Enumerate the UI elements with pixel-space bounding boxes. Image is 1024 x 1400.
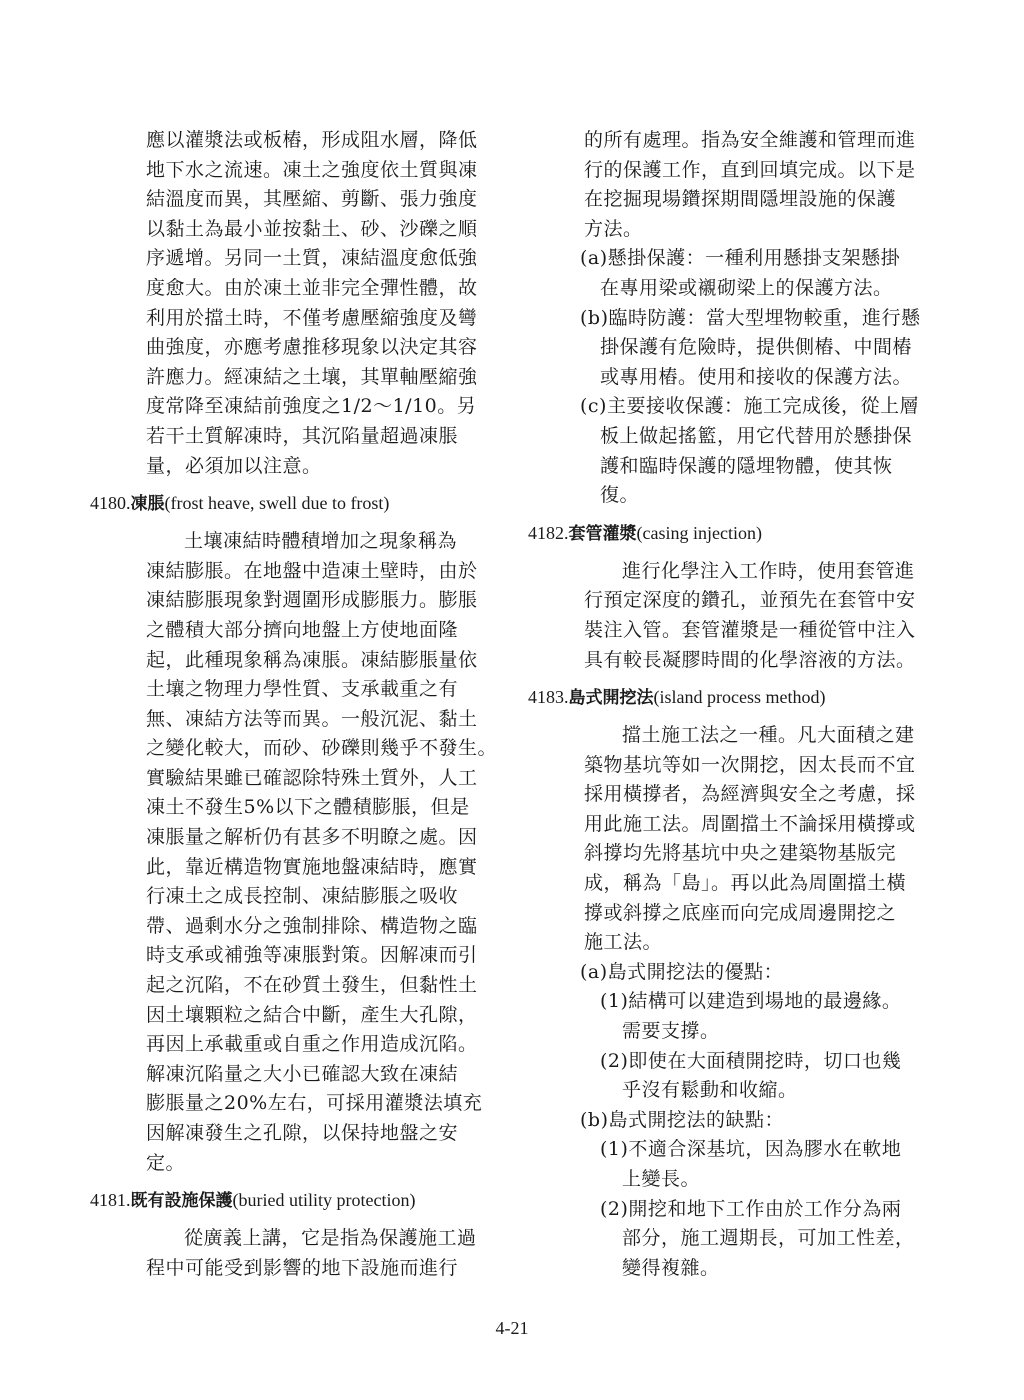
term-zh: 既有設施保護 bbox=[131, 1191, 233, 1211]
term-en: (island process method) bbox=[654, 687, 826, 707]
term-zh: 凍脹 bbox=[131, 494, 165, 514]
text-line: 行預定深度的鑽孔，並預先在套管中安 bbox=[584, 586, 948, 616]
entry-heading-4180: 4180.凍脹(frost heave, swell due to frost) bbox=[90, 489, 510, 519]
text-line: 凍土不發生5%以下之體積膨脹，但是 bbox=[146, 793, 510, 823]
text-line: 時支承或補強等凍脹對策。因解凍而引 bbox=[146, 941, 510, 971]
text-line: 掛保護有危險時，提供側樁、中間樁 bbox=[580, 333, 948, 363]
text-line: 定。 bbox=[146, 1149, 510, 1179]
text-line: 築物基坑等如一次開挖，因太長而不宜 bbox=[584, 751, 948, 781]
text-line: 成，稱為「島」。再以此為周圍擋土橫 bbox=[584, 869, 948, 899]
list-item: (c)主要接收保護：施工完成後，從上層 板上做起搖籃，用它代替用於懸掛保 護和臨… bbox=[580, 392, 948, 510]
text-line: 程中可能受到影響的地下設施而進行 bbox=[146, 1254, 510, 1284]
text-line: 此，靠近構造物實施地盤凍結時，應實 bbox=[146, 853, 510, 883]
protection-methods-list: (a)懸掛保護：一種利用懸掛支架懸掛 在專用梁或襯砌梁上的保護方法。 (b)臨時… bbox=[528, 244, 948, 510]
text-line: 進行化學注入工作時，使用套管進 bbox=[584, 557, 948, 587]
text-line: (1)結構可以建造到場地的最邊緣。 bbox=[600, 987, 948, 1017]
text-line: 從廣義上講，它是指為保護施工過 bbox=[146, 1224, 510, 1254]
text-line: 部分，施工週期長，可加工性差， bbox=[600, 1224, 948, 1254]
entry-body-4181: 從廣義上講，它是指為保護施工過 程中可能受到影響的地下設施而進行 bbox=[90, 1224, 510, 1283]
term-en: (frost heave, swell due to frost) bbox=[165, 493, 390, 513]
advantages-title: (a)島式開挖法的優點： bbox=[580, 958, 948, 988]
text-line: 土壤之物理力學性質、支承載重之有 bbox=[146, 675, 510, 705]
entry-body-4182: 進行化學注入工作時，使用套管進 行預定深度的鑽孔，並預先在套管中安 裝注入管。套… bbox=[528, 557, 948, 675]
text-line: 之體積大部分擠向地盤上方使地面隆 bbox=[146, 616, 510, 646]
left-column: 應以灌漿法或板樁，形成阻水層，降低 地下水之流速。凍土之強度依土質與凍 結溫度而… bbox=[90, 126, 510, 1283]
text-line: (b)臨時防護：當大型埋物較重，進行懸 bbox=[580, 304, 948, 334]
text-line: 度常降至凍結前強度之1/2～1/10。另 bbox=[146, 392, 510, 422]
advantages-list: (1)結構可以建造到場地的最邊緣。 需要支撐。 (2)即使在大面積開挖時，切口也… bbox=[580, 987, 948, 1105]
entry-number: 4180. bbox=[90, 493, 131, 513]
text-line: 或專用樁。使用和接收的保護方法。 bbox=[580, 363, 948, 393]
entry-heading-4183: 4183.島式開挖法(island process method) bbox=[528, 683, 948, 713]
text-line: 凍結膨脹現象對週圍形成膨脹力。膨脹 bbox=[146, 586, 510, 616]
text-line: 解凍沉陷量之大小已確認大致在凍結 bbox=[146, 1060, 510, 1090]
page-number: 4-21 bbox=[0, 1318, 1024, 1339]
text-line: 地下水之流速。凍土之強度依土質與凍 bbox=[146, 156, 510, 186]
entry-heading-4181: 4181.既有設施保護(buried utility protection) bbox=[90, 1186, 510, 1216]
text-line: 行凍土之成長控制、凍結膨脹之吸收 bbox=[146, 882, 510, 912]
term-zh: 島式開挖法 bbox=[569, 688, 654, 708]
text-line: 土壤凍結時體積增加之現象稱為 bbox=[146, 527, 510, 557]
text-line: 復。 bbox=[580, 481, 948, 511]
continued-paragraph: 應以灌漿法或板樁，形成阻水層，降低 地下水之流速。凍土之強度依土質與凍 結溫度而… bbox=[90, 126, 510, 481]
text-line: 起，此種現象稱為凍脹。凍結膨脹量依 bbox=[146, 646, 510, 676]
text-line: 上變長。 bbox=[600, 1165, 948, 1195]
text-line: 採用橫撐者，為經濟與安全之考慮，採 bbox=[584, 780, 948, 810]
term-zh: 套管灌漿 bbox=[569, 524, 637, 544]
text-line: 在挖掘現場鑽探期間隱埋設施的保護 bbox=[584, 185, 948, 215]
text-line: 護和臨時保護的隱埋物體，使其恢 bbox=[580, 452, 948, 482]
text-line: 撐或斜撐之底座而向完成周邊開挖之 bbox=[584, 899, 948, 929]
text-line: 量，必須加以注意。 bbox=[146, 452, 510, 482]
text-line: 在專用梁或襯砌梁上的保護方法。 bbox=[580, 274, 948, 304]
text-line: 度愈大。由於凍土並非完全彈性體，故 bbox=[146, 274, 510, 304]
text-line: 因解凍發生之孔隙，以保持地盤之安 bbox=[146, 1119, 510, 1149]
text-line: 乎沒有鬆動和收縮。 bbox=[600, 1076, 948, 1106]
entry-body-4180: 土壤凍結時體積增加之現象稱為 凍結膨脹。在地盤中造凍土壁時，由於 凍結膨脹現象對… bbox=[90, 527, 510, 1178]
text-line: 具有較長凝膠時間的化學溶液的方法。 bbox=[584, 646, 948, 676]
term-en: (buried utility protection) bbox=[233, 1190, 416, 1210]
continued-paragraph: 的所有處理。指為安全維護和管理而進 行的保護工作，直到回填完成。以下是 在挖掘現… bbox=[528, 126, 948, 244]
text-line: 利用於擋土時，不僅考慮壓縮強度及彎 bbox=[146, 304, 510, 334]
text-line: 起之沉陷，不在砂質土發生，但黏性土 bbox=[146, 971, 510, 1001]
text-line: (a)懸掛保護：一種利用懸掛支架懸掛 bbox=[580, 244, 948, 274]
advantages-section: (a)島式開挖法的優點： (1)結構可以建造到場地的最邊緣。 需要支撐。 (2)… bbox=[528, 958, 948, 1284]
disadvantages-title: (b)島式開挖法的缺點： bbox=[580, 1106, 948, 1136]
text-line: 結溫度而異，其壓縮、剪斷、張力強度 bbox=[146, 185, 510, 215]
term-en: (casing injection) bbox=[637, 523, 762, 543]
text-line: 方法。 bbox=[584, 215, 948, 245]
text-line: 之變化較大，而砂、砂礫則幾乎不發生。 bbox=[146, 734, 510, 764]
text-line: 擋土施工法之一種。凡大面積之建 bbox=[584, 721, 948, 751]
text-line: 板上做起搖籃，用它代替用於懸掛保 bbox=[580, 422, 948, 452]
text-line: 變得複雜。 bbox=[600, 1254, 948, 1284]
list-item: (a)懸掛保護：一種利用懸掛支架懸掛 在專用梁或襯砌梁上的保護方法。 bbox=[580, 244, 948, 303]
text-line: (2)即使在大面積開挖時，切口也幾 bbox=[600, 1047, 948, 1077]
text-line: 若干土質解凍時，其沉陷量超過凍脹 bbox=[146, 422, 510, 452]
right-column: 的所有處理。指為安全維護和管理而進 行的保護工作，直到回填完成。以下是 在挖掘現… bbox=[528, 126, 948, 1283]
text-line: 凍結膨脹。在地盤中造凍土壁時，由於 bbox=[146, 557, 510, 587]
entry-number: 4182. bbox=[528, 523, 569, 543]
text-line: 的所有處理。指為安全維護和管理而進 bbox=[584, 126, 948, 156]
text-line: 曲強度，亦應考慮推移現象以決定其容 bbox=[146, 333, 510, 363]
text-line: 實驗結果雖已確認除特殊土質外，人工 bbox=[146, 764, 510, 794]
text-line: 行的保護工作，直到回填完成。以下是 bbox=[584, 156, 948, 186]
entry-number: 4183. bbox=[528, 687, 569, 707]
text-line: 需要支撐。 bbox=[600, 1017, 948, 1047]
list-item: (b)臨時防護：當大型埋物較重，進行懸 掛保護有危險時，提供側樁、中間樁 或專用… bbox=[580, 304, 948, 393]
entry-body-4183: 擋土施工法之一種。凡大面積之建 築物基坑等如一次開挖，因太長而不宜 採用橫撐者，… bbox=[528, 721, 948, 958]
text-line: 因土壤顆粒之結合中斷，產生大孔隙， bbox=[146, 1001, 510, 1031]
text-line: 帶、過剩水分之強制排除、構造物之臨 bbox=[146, 912, 510, 942]
entry-heading-4182: 4182.套管灌漿(casing injection) bbox=[528, 519, 948, 549]
text-line: 施工法。 bbox=[584, 928, 948, 958]
text-line: 斜撐均先將基坑中央之建築物基版完 bbox=[584, 839, 948, 869]
text-line: 用此施工法。周圍擋土不論採用橫撐或 bbox=[584, 810, 948, 840]
text-line: 以黏土為最小並按黏土、砂、沙礫之順 bbox=[146, 215, 510, 245]
entry-number: 4181. bbox=[90, 1190, 131, 1210]
text-line: (c)主要接收保護：施工完成後，從上層 bbox=[580, 392, 948, 422]
text-line: 無、凍結方法等而異。一般沉泥、黏土 bbox=[146, 705, 510, 735]
disadvantages-list: (1)不適合深基坑，因為膠水在軟地 上變長。 (2)開挖和地下工作由於工作分為兩… bbox=[580, 1135, 948, 1283]
text-line: 應以灌漿法或板樁，形成阻水層，降低 bbox=[146, 126, 510, 156]
text-line: (2)開挖和地下工作由於工作分為兩 bbox=[600, 1195, 948, 1225]
text-line: 膨脹量之20%左右，可採用灌漿法填充 bbox=[146, 1089, 510, 1119]
text-line: 凍脹量之解析仍有甚多不明瞭之處。因 bbox=[146, 823, 510, 853]
text-line: 序遞增。另同一土質，凍結溫度愈低強 bbox=[146, 244, 510, 274]
text-line: 許應力。經凍結之土壤，其單軸壓縮強 bbox=[146, 363, 510, 393]
text-line: 裝注入管。套管灌漿是一種從管中注入 bbox=[584, 616, 948, 646]
text-line: 再因上承載重或自重之作用造成沉陷。 bbox=[146, 1030, 510, 1060]
text-line: (1)不適合深基坑，因為膠水在軟地 bbox=[600, 1135, 948, 1165]
